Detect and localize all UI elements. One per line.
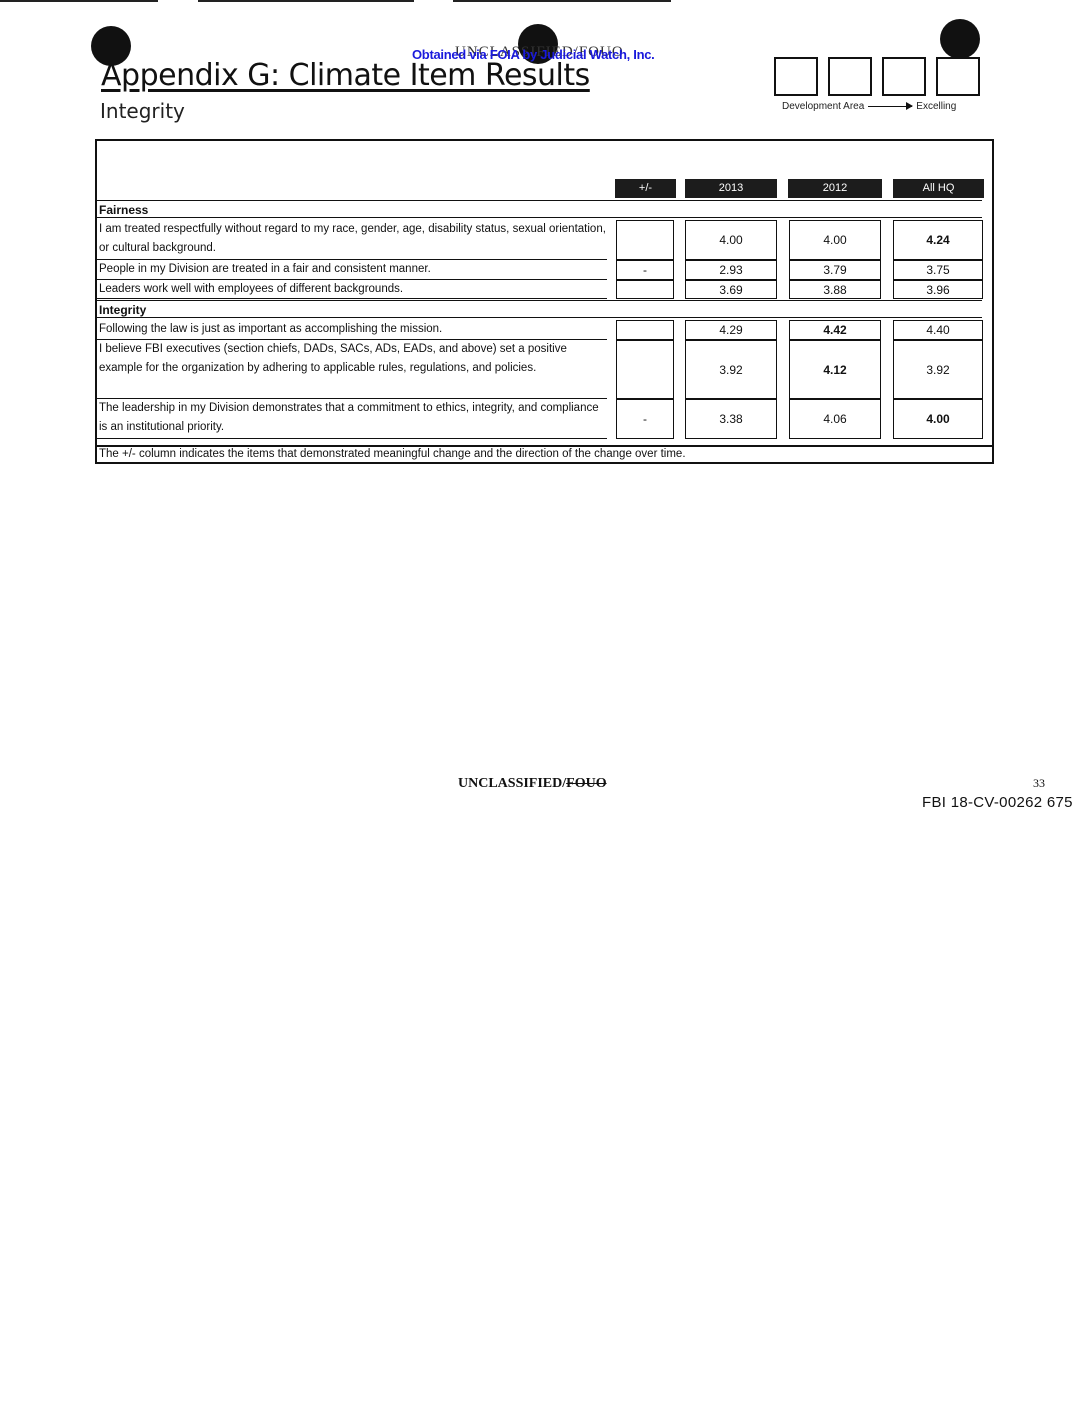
- value-all-hq: 4.00: [893, 399, 983, 439]
- classification-footer: UNCLASSIFIED/FOUO: [458, 776, 607, 792]
- rating-scale: Development Area Excelling: [774, 57, 980, 96]
- table-row-item: People in my Division are treated in a f…: [97, 260, 607, 280]
- scale-box: [828, 57, 872, 96]
- table-row-item: I believe FBI executives (section chiefs…: [97, 340, 607, 399]
- value-2012: 4.00: [789, 220, 881, 260]
- value-2013: 4.00: [685, 220, 777, 260]
- value-2013: 4.29: [685, 320, 777, 340]
- value-2013: 3.92: [685, 340, 777, 399]
- value-2012: 4.42: [789, 320, 881, 340]
- change-cell: -: [616, 260, 674, 280]
- page-title: Appendix G: Climate Item Results: [101, 58, 590, 93]
- table-row-item: I am treated respectfully without regard…: [97, 220, 607, 260]
- bates-number: FBI 18-CV-00262 675: [922, 794, 1073, 811]
- column-header-2013: 2013: [685, 179, 777, 198]
- scale-box: [936, 57, 980, 96]
- value-all-hq: 3.75: [893, 260, 983, 280]
- classification-text: UNCLASSIFIED/: [458, 776, 566, 791]
- change-cell: [616, 320, 674, 340]
- scale-right-label: Excelling: [916, 101, 956, 112]
- scale-legend: Development Area Excelling: [782, 101, 956, 112]
- scale-box: [882, 57, 926, 96]
- value-2012: 4.06: [789, 399, 881, 439]
- value-2012: 4.12: [789, 340, 881, 399]
- value-2013: 3.69: [685, 280, 777, 299]
- results-table: +/- 2013 2012 All HQ Fairness I am treat…: [95, 139, 994, 464]
- arrow-right-icon: [868, 106, 912, 107]
- value-all-hq: 3.92: [893, 340, 983, 399]
- column-header-all-hq: All HQ: [893, 179, 984, 198]
- table-footnote: The +/- column indicates the items that …: [97, 445, 992, 462]
- value-all-hq: 3.96: [893, 280, 983, 299]
- page-number: 33: [1033, 776, 1045, 791]
- page-subtitle: Integrity: [100, 99, 185, 123]
- value-2012: 3.88: [789, 280, 881, 299]
- section-header-integrity: Integrity: [97, 300, 982, 318]
- scale-left-label: Development Area: [782, 101, 864, 112]
- classification-struck-text: FOUO: [566, 776, 606, 791]
- column-header-change: +/-: [615, 179, 676, 198]
- scale-box: [774, 57, 818, 96]
- value-all-hq: 4.24: [893, 220, 983, 260]
- table-row-item: The leadership in my Division demonstrat…: [97, 399, 607, 439]
- value-2012: 3.79: [789, 260, 881, 280]
- section-header-fairness: Fairness: [97, 200, 982, 218]
- table-row-item: Following the law is just as important a…: [97, 320, 607, 340]
- value-2013: 2.93: [685, 260, 777, 280]
- scan-line: [453, 0, 671, 2]
- change-cell: -: [616, 399, 674, 439]
- change-cell: [616, 280, 674, 299]
- change-cell: [616, 220, 674, 260]
- table-row-item: Leaders work well with employees of diff…: [97, 280, 607, 299]
- value-2013: 3.38: [685, 399, 777, 439]
- change-cell: [616, 340, 674, 399]
- value-all-hq: 4.40: [893, 320, 983, 340]
- scan-line: [198, 0, 414, 2]
- hole-punch: [940, 19, 980, 59]
- column-header-2012: 2012: [788, 179, 882, 198]
- scan-line: [0, 0, 158, 2]
